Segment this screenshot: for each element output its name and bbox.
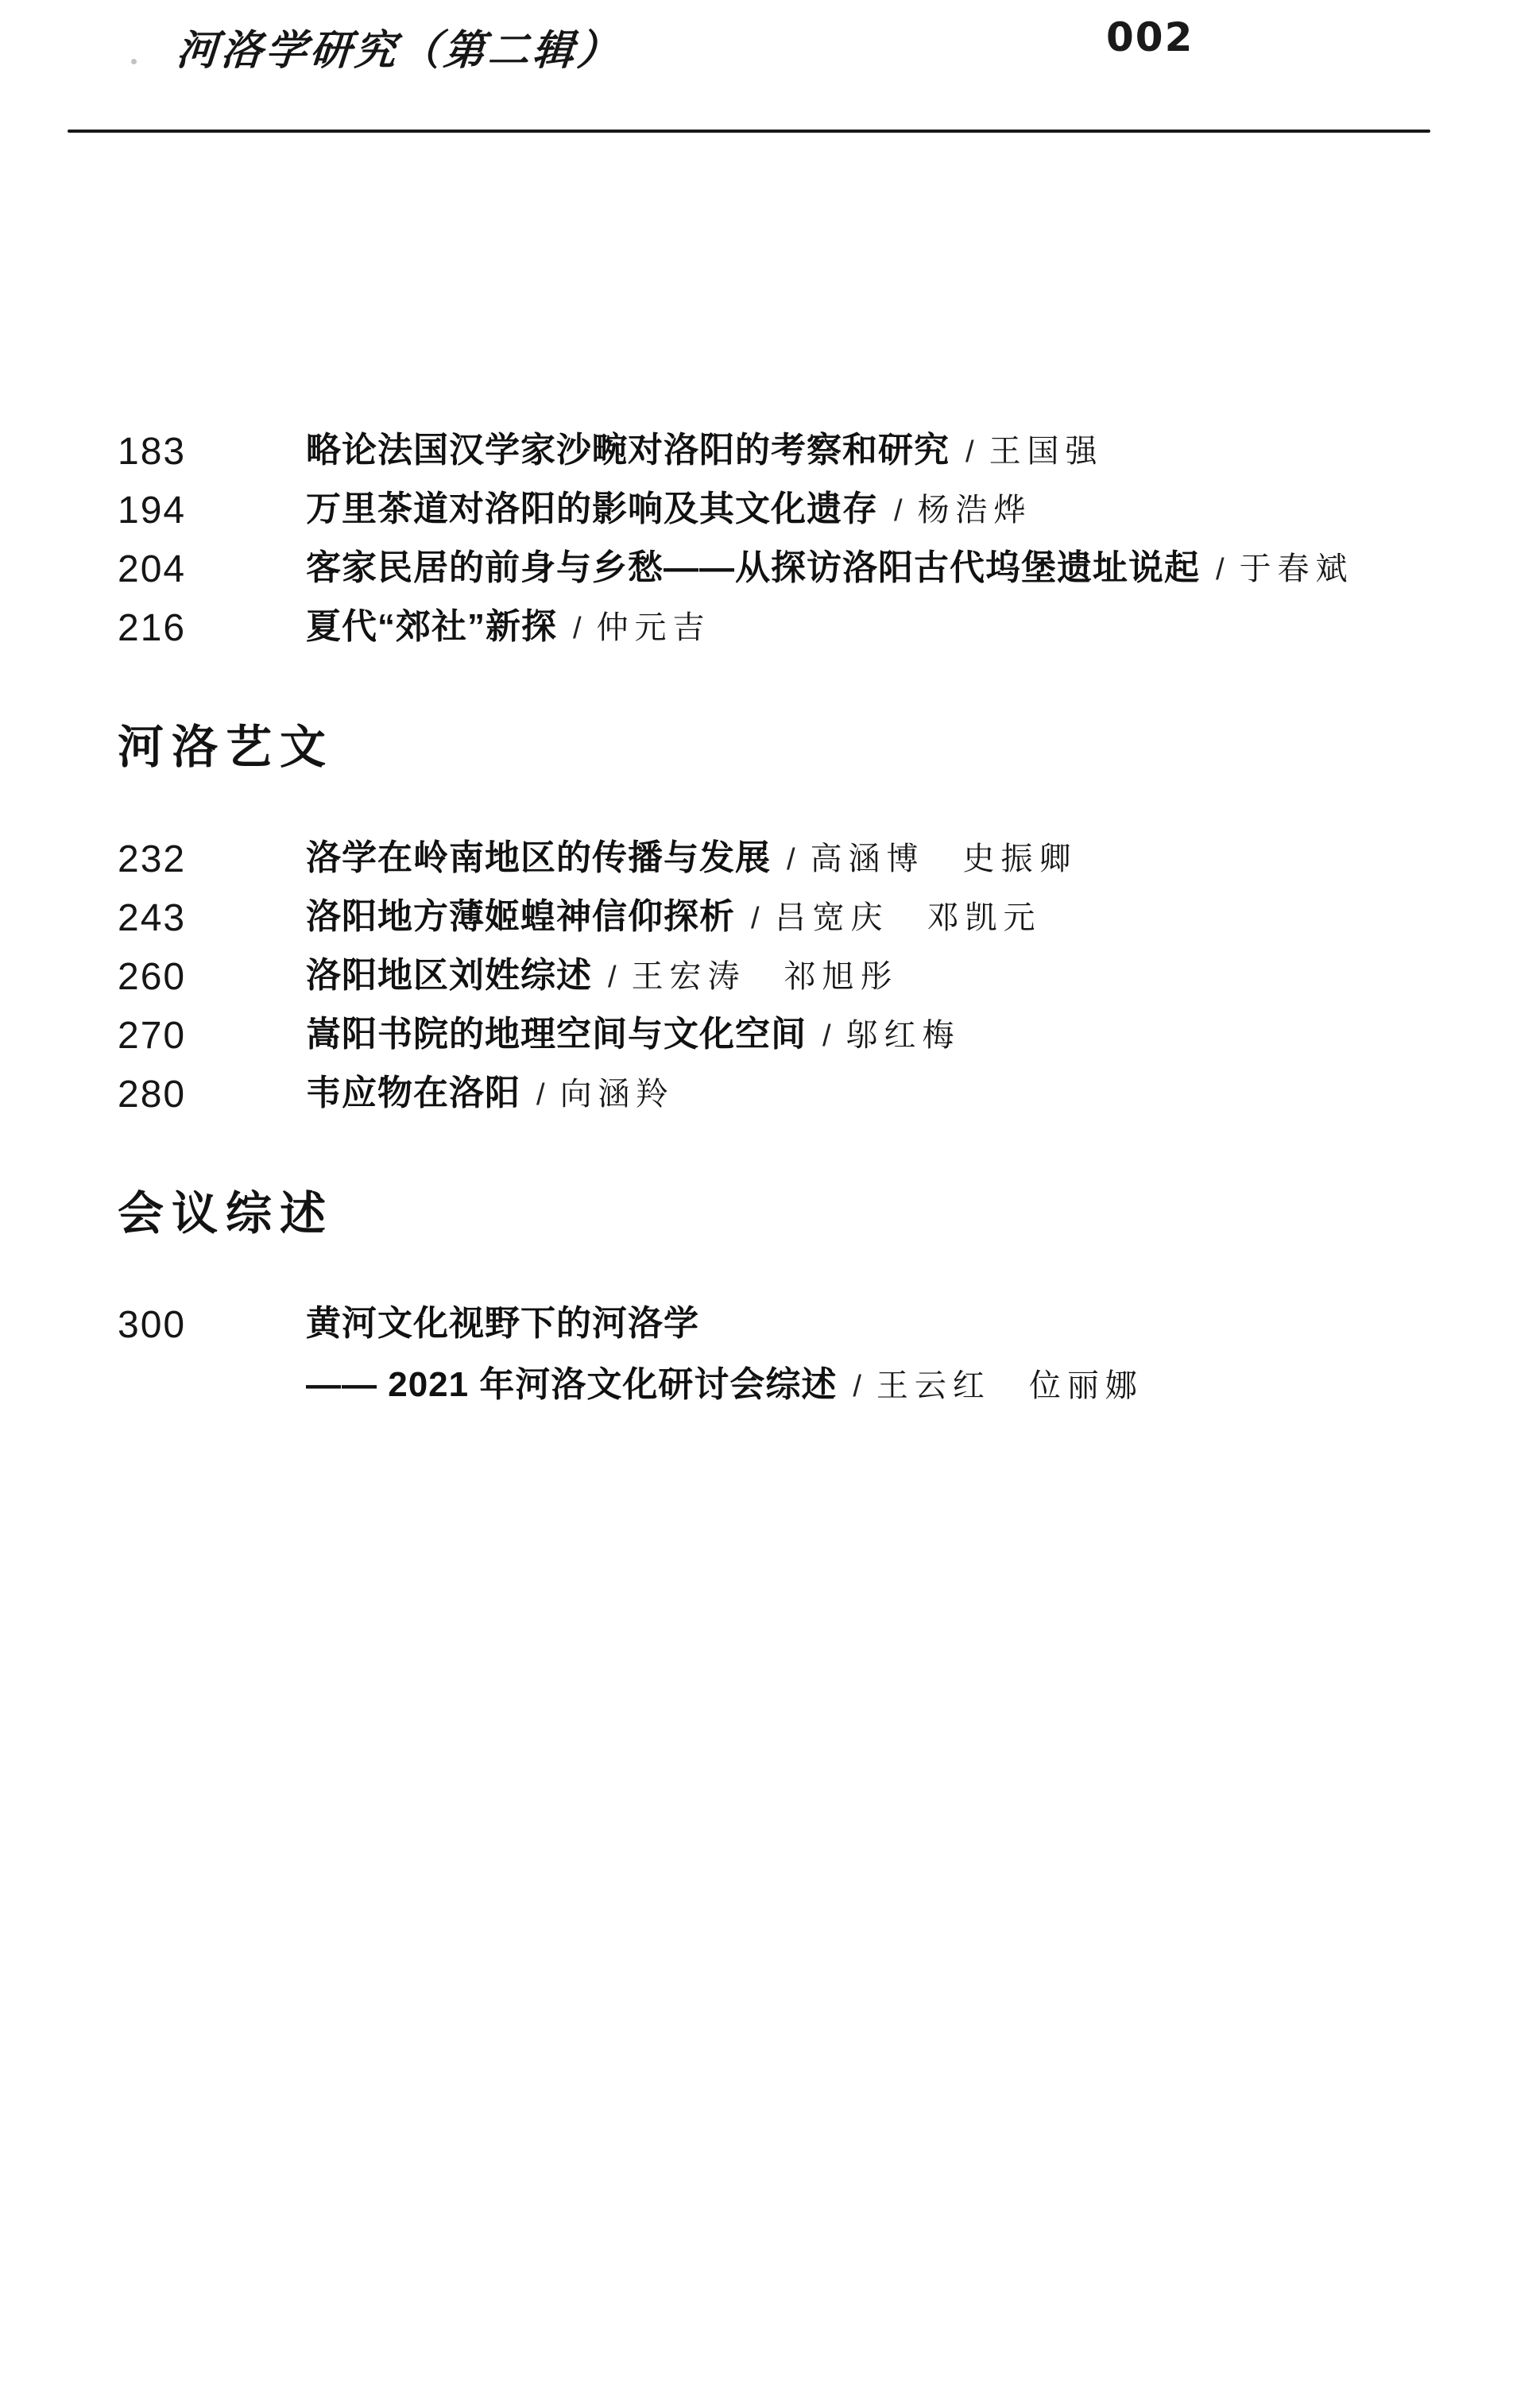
author-separator: /	[608, 961, 617, 994]
header-divider-rule	[68, 130, 1430, 133]
entry-line: 洛学在岭南地区的传播与发展/高涵博 史振卿	[306, 841, 1078, 876]
entry-line: 黄河文化视野下的河洛学	[306, 1306, 1143, 1341]
entry-title: 万里茶道对洛阳的影响及其文化遗存	[306, 489, 878, 528]
author-separator: /	[853, 1370, 862, 1403]
scan-artifact	[131, 59, 137, 64]
entry-page-number: 260	[0, 958, 306, 996]
entry-line: 客家民居的前身与乡愁——从探访洛阳古代坞堡遗址说起/于春斌	[306, 551, 1354, 586]
entry-authors: 吕宽庆 邓凯元	[775, 899, 1042, 935]
entry-page-number: 232	[0, 841, 306, 879]
entry-line: 洛阳地方薄姬蝗神信仰探析/吕宽庆 邓凯元	[306, 899, 1042, 934]
section-heading: 河洛艺文	[118, 722, 1540, 775]
entry-authors: 向涵羚	[560, 1076, 675, 1112]
entry-title: 嵩阳书院的地理空间与文化空间	[306, 1015, 807, 1054]
entry-subtitle: —— 2021 年河洛文化研讨会综述	[306, 1365, 837, 1404]
toc-entry: 232 洛学在岭南地区的传播与发展/高涵博 史振卿	[0, 841, 1540, 899]
entry-line: 略论法国汉学家沙畹对洛阳的考察和研究/王国强	[306, 433, 1104, 468]
page-header: 河洛学研究（第二辑） 002	[0, 0, 1540, 133]
entry-authors: 王云红 位丽娜	[876, 1368, 1143, 1403]
author-separator: /	[894, 494, 903, 528]
author-separator: /	[573, 612, 582, 645]
entry-authors: 仲元吉	[597, 609, 711, 645]
entry-page-number: 204	[0, 551, 306, 589]
entry-title: 夏代“郊社”新探	[306, 607, 557, 646]
entry-page-number: 183	[0, 433, 306, 471]
toc-entry: 243 洛阳地方薄姬蝗神信仰探析/吕宽庆 邓凯元	[0, 899, 1540, 958]
entry-authors: 高涵博 史振卿	[811, 841, 1078, 876]
toc-entry: 216 夏代“郊社”新探/仲元吉	[0, 609, 1540, 668]
entry-page-number: 216	[0, 609, 306, 648]
entry-line: 洛阳地区刘姓综述/王宏涛 祁旭彤	[306, 958, 899, 993]
entry-page-number: 300	[0, 1306, 306, 1344]
entry-authors: 王宏涛 祁旭彤	[632, 958, 899, 994]
entry-title: 黄河文化视野下的河洛学	[306, 1304, 699, 1343]
entry-page-number: 270	[0, 1017, 306, 1055]
entry-page-number: 243	[0, 899, 306, 938]
author-separator: /	[1216, 553, 1225, 586]
entry-line: 嵩阳书院的地理空间与文化空间/邬红梅	[306, 1017, 961, 1052]
entry-authors: 邬红梅	[846, 1017, 961, 1053]
entry-lines: 黄河文化视野下的河洛学 —— 2021 年河洛文化研讨会综述/王云红 位丽娜	[306, 1306, 1143, 1402]
entry-page-number: 280	[0, 1076, 306, 1114]
book-title: 河洛学研究（第二辑）	[175, 29, 623, 74]
entry-line-continuation: —— 2021 年河洛文化研讨会综述/王云红 位丽娜	[306, 1368, 1143, 1402]
entry-title: 洛学在岭南地区的传播与发展	[306, 838, 771, 877]
entry-page-number: 194	[0, 492, 306, 530]
toc-entry: 280 韦应物在洛阳/向涵羚	[0, 1076, 1540, 1135]
entry-title: 客家民居的前身与乡愁——从探访洛阳古代坞堡遗址说起	[306, 548, 1200, 587]
scanned-toc-page: 河洛学研究（第二辑） 002 183 略论法国汉学家沙畹对洛阳的考察和研究/王国…	[0, 0, 1540, 2387]
entry-line: 韦应物在洛阳/向涵羚	[306, 1076, 675, 1111]
page-number: 002	[1106, 17, 1194, 57]
toc-section: 183 略论法国汉学家沙畹对洛阳的考察和研究/王国强 194 万里茶道对洛阳的影…	[0, 433, 1540, 668]
entry-authors: 王国强	[989, 433, 1104, 469]
entry-line: 夏代“郊社”新探/仲元吉	[306, 609, 711, 644]
entry-title: 略论法国汉学家沙畹对洛阳的考察和研究	[306, 431, 950, 470]
toc-entry: 204 客家民居的前身与乡愁——从探访洛阳古代坞堡遗址说起/于春斌	[0, 551, 1540, 609]
toc-section: 河洛艺文 232 洛学在岭南地区的传播与发展/高涵博 史振卿 243 洛阳地方薄…	[0, 722, 1540, 1135]
toc-entry: 183 略论法国汉学家沙畹对洛阳的考察和研究/王国强	[0, 433, 1540, 492]
toc-entry: 194 万里茶道对洛阳的影响及其文化遗存/杨浩烨	[0, 492, 1540, 551]
toc-section: 会议综述 300 黄河文化视野下的河洛学 —— 2021 年河洛文化研讨会综述/…	[0, 1188, 1540, 1403]
table-of-contents: 183 略论法国汉学家沙畹对洛阳的考察和研究/王国强 194 万里茶道对洛阳的影…	[0, 133, 1540, 1402]
toc-entry: 300 黄河文化视野下的河洛学 —— 2021 年河洛文化研讨会综述/王云红 位…	[0, 1306, 1540, 1402]
entry-title: 洛阳地区刘姓综述	[306, 956, 592, 995]
author-separator: /	[965, 435, 975, 469]
author-separator: /	[787, 843, 796, 876]
entry-authors: 于春斌	[1240, 551, 1354, 586]
entry-authors: 杨浩烨	[918, 492, 1032, 528]
toc-entry: 270 嵩阳书院的地理空间与文化空间/邬红梅	[0, 1017, 1540, 1076]
entry-title: 韦应物在洛阳	[306, 1074, 520, 1112]
section-heading: 会议综述	[118, 1188, 1540, 1241]
author-separator: /	[536, 1078, 546, 1112]
author-separator: /	[822, 1019, 832, 1053]
entry-line: 万里茶道对洛阳的影响及其文化遗存/杨浩烨	[306, 492, 1032, 527]
entry-title: 洛阳地方薄姬蝗神信仰探析	[306, 897, 735, 936]
toc-entry: 260 洛阳地区刘姓综述/王宏涛 祁旭彤	[0, 958, 1540, 1017]
author-separator: /	[751, 902, 760, 935]
